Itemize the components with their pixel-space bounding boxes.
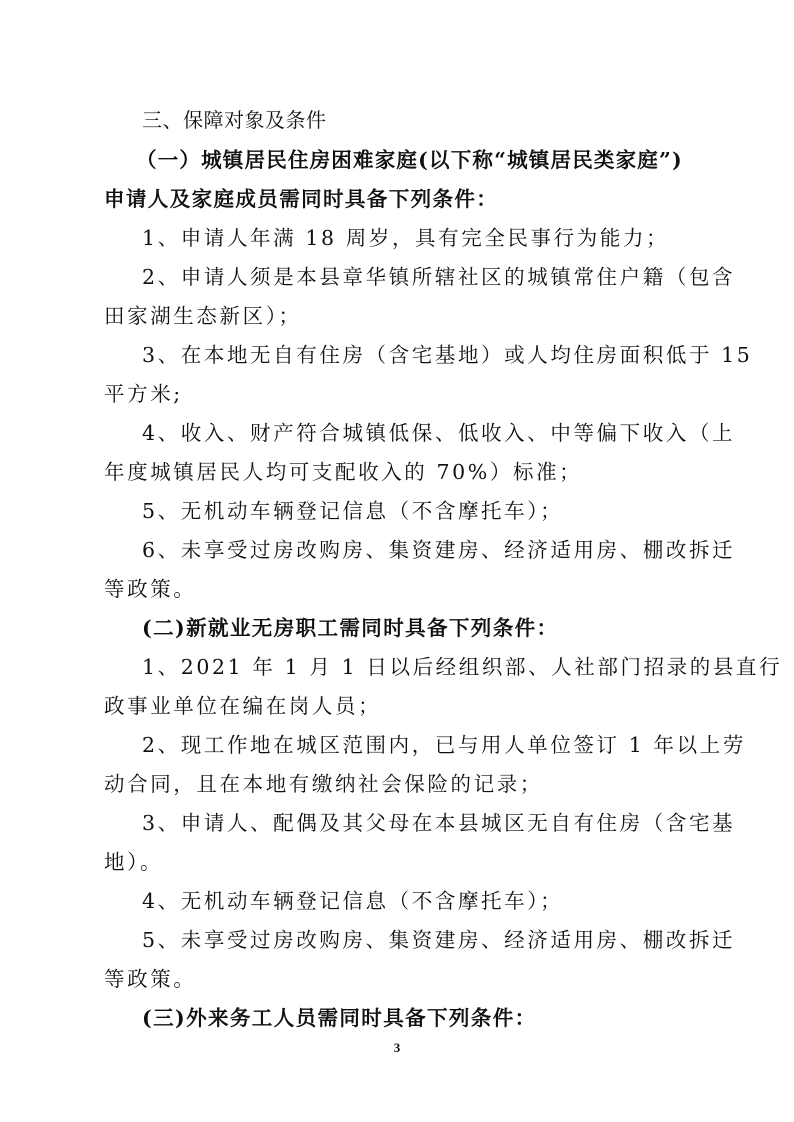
c2-item-2: 2、现工作地在城区范围内，已与用人单位签订 1 年以上劳 — [142, 731, 742, 759]
c1-item-6-cont: 等政策。 — [104, 575, 704, 603]
page-number: 3 — [390, 1040, 404, 1056]
c2-item-1: 1、2021 年 1 月 1 日以后经组织部、人社部门招录的县直行 — [142, 653, 742, 681]
category-1-title-cont: 申请人及家庭成员需同时具备下列条件： — [104, 185, 704, 213]
category-3-title: (三)外来务工人员需同时具备下列条件： — [142, 1004, 742, 1032]
document-page: 三、保障对象及条件 （一）城镇居民住房困难家庭(以下称“城镇居民类家庭”) 申请… — [0, 0, 794, 1122]
c1-item-2-cont: 田家湖生态新区）； — [104, 302, 704, 330]
c1-item-4: 4、收入、财产符合城镇低保、低收入、中等偏下收入（上 — [142, 419, 742, 447]
c2-item-5: 5、未享受过房改购房、集资建房、经济适用房、棚改拆迁 — [142, 926, 742, 954]
c1-item-3: 3、在本地无自有住房（含宅基地）或人均住房面积低于 15 — [142, 341, 742, 369]
c1-item-1: 1、申请人年满 18 周岁，具有完全民事行为能力； — [142, 224, 742, 252]
c2-item-4: 4、无机动车辆登记信息（不含摩托车）； — [142, 887, 742, 915]
c1-item-4-cont: 年度城镇居民人均可支配收入的 70%）标准； — [104, 458, 704, 486]
c1-item-2: 2、申请人须是本县章华镇所辖社区的城镇常住户籍（包含 — [142, 263, 742, 291]
c2-item-5-cont: 等政策。 — [104, 965, 704, 993]
category-2-title: (二)新就业无房职工需同时具备下列条件： — [142, 614, 742, 642]
section-heading: 三、保障对象及条件 — [142, 106, 742, 134]
c2-item-3: 3、申请人、配偶及其父母在本县城区无自有住房（含宅基 — [142, 809, 742, 837]
c1-item-6: 6、未享受过房改购房、集资建房、经济适用房、棚改拆迁 — [142, 536, 742, 564]
c1-item-3-cont: 平方米; — [104, 380, 704, 408]
category-1-title: （一）城镇居民住房困难家庭(以下称“城镇居民类家庭”) — [136, 146, 736, 174]
c2-item-3-cont: 地）。 — [104, 848, 704, 876]
c2-item-1-cont: 政事业单位在编在岗人员； — [104, 692, 704, 720]
c1-item-5: 5、无机动车辆登记信息（不含摩托车）； — [142, 497, 742, 525]
c2-item-2-cont: 动合同，且在本地有缴纳社会保险的记录； — [104, 770, 704, 798]
